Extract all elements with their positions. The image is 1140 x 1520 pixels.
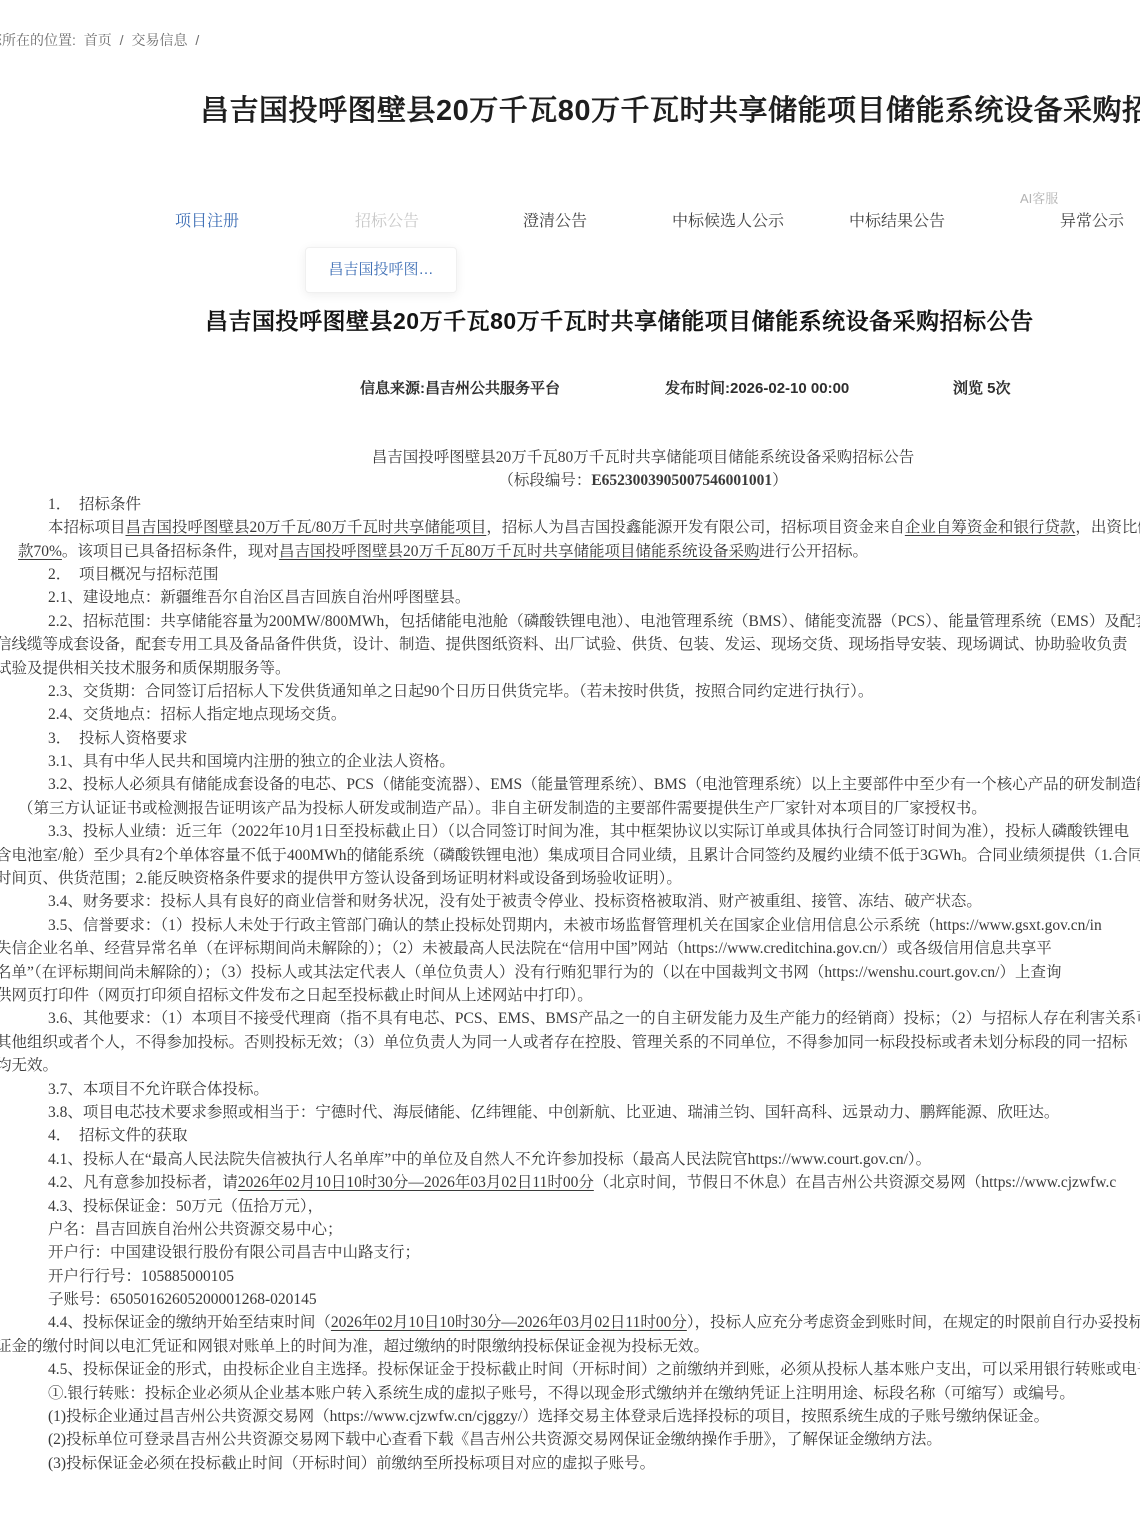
article-line: 2． 项目概况与招标范围 — [0, 563, 1140, 586]
article-line: 3.6、其他要求：（1）本项目不接受代理商（指不具有电芯、PCS、EMS、BMS… — [0, 1007, 1140, 1030]
project-selector-button[interactable]: 昌吉国投呼图… — [305, 247, 457, 293]
text-segment: 4.2、凡有意参加投标者，请 — [48, 1174, 238, 1191]
article-line: (3)投标保证金必须在投标截止时间（开标时间）前缴纳至所投标项目对应的虚拟子账号… — [0, 1452, 1140, 1475]
article-line: 户名：昌吉回族自治州公共资源交易中心； — [0, 1218, 1140, 1241]
meta-publish-time: 发布时间:2026-02-10 00:00 — [665, 377, 849, 398]
text-segment: 时间页、供货范围；2.能反映资格条件要求的提供甲方签认设备到场证明材料或设备到场… — [0, 870, 682, 887]
meta-view-count: 浏览 5次 — [953, 377, 1011, 398]
article-line: 3.4、财务要求：投标人具有良好的商业信誉和财务状况，没有处于被责令停业、投标资… — [0, 890, 1140, 913]
text-segment: 均无效。 — [0, 1057, 58, 1074]
breadcrumb-separator: / — [195, 32, 199, 48]
text-segment: 3.5、信誉要求：（1）投标人未处于行政主管部门确认的禁止投标处罚期内，未被市场… — [48, 917, 1102, 934]
text-segment: （北京时间，节假日不休息）在昌吉州公共资源交易网（https://www.cjz… — [594, 1174, 1116, 1191]
text-segment: 3.1、具有中华人民共和国境内注册的独立的企业法人资格。 — [48, 753, 455, 770]
article-line: (1)投标企业通过昌吉州公共资源交易网（https://www.cjzwfw.c… — [0, 1405, 1140, 1428]
text-segment: 昌吉国投呼图壁县20万千瓦80万千瓦时共享储能项目储能系统设备采购招标公告 — [372, 449, 915, 466]
article-line: 1． 招标条件 — [0, 493, 1140, 516]
tender-announcement-page: 您所在的位置: 首页 / 交易信息 / 昌吉国投呼图壁县20万千瓦80万千瓦时共… — [0, 0, 1140, 1520]
text-segment: 其他组织或者个人，不得参加投标。否则投标无效；（3）单位负责人为同一人或者存在控… — [0, 1034, 1128, 1051]
tab-winning-candidate-publicity[interactable]: 中标候选人公示 — [672, 208, 784, 231]
article-line: （标段编号：E6523003905007546001001） — [0, 469, 1140, 492]
text-segment: (3)投标保证金必须在投标截止时间（开标时间）前缴纳至所投标项目对应的虚拟子账号… — [48, 1455, 655, 1472]
text-segment: ），投标人应充分考虑资金到账时间，在规定的时限前自行办妥投标 — [687, 1314, 1140, 1331]
tab-abnormal-publicity[interactable]: 异常公示 — [1060, 208, 1124, 231]
text-segment: 4.3、投标保证金：50万元（伍拾万元）， — [48, 1198, 323, 1215]
text-segment: 2.2、招标范围：共享储能容量为200MW/800MWh，包括储能电池舱（磷酸铁… — [48, 613, 1140, 630]
article-line: 均无效。 — [0, 1054, 1140, 1077]
article-line: 3.2、投标人必须具有储能成套设备的电芯、PCS（储能变流器）、EMS（能量管理… — [0, 773, 1140, 796]
text-segment: 2.1、建设地点：新疆维吾尔自治区昌吉回族自治州呼图壁县。 — [48, 589, 470, 606]
article-line: 试验及提供相关技术服务和质保期服务等。 — [0, 657, 1140, 680]
text-segment: 含电池室/舱）至少具有2个单体容量不低于400MWh的储能系统（磷酸铁锂电池）集… — [0, 847, 1140, 864]
text-segment: ，出资比例 — [1075, 519, 1140, 536]
text-segment: 户名：昌吉回族自治州公共资源交易中心； — [48, 1221, 343, 1238]
article-line: 信线缆等成套设备，配套专用工具及备品备件供货，设计、制造、提供图纸资料、出厂试验… — [0, 633, 1140, 656]
article-line: 4． 招标文件的获取 — [0, 1124, 1140, 1147]
article-line: （第三方认证证书或检测报告证明该产品为投标人研发或制造产品）。非自主研发制造的主… — [0, 797, 1140, 820]
text-segment: 试验及提供相关技术服务和质保期服务等。 — [0, 660, 291, 677]
article-title: 昌吉国投呼图壁县20万千瓦80万千瓦时共享储能项目储能系统设备采购招标公告 — [205, 303, 1034, 336]
article-line: (2)投标单位可登录昌吉州公共资源交易网下载中心查看下载《昌吉州公共资源交易网保… — [0, 1428, 1140, 1451]
text-segment: （标段编号： — [498, 472, 591, 489]
text-segment: 开户行行号：105885000105 — [48, 1268, 234, 1285]
article-line: 4.5、投标保证金的形式，由投标企业自主选择。投标保证金于投标截止时间（开标时间… — [0, 1358, 1140, 1381]
text-segment: 证金的缴付时间以电汇凭证和网银对账单上的时间为准，超过缴纳的时限缴纳投标保证金视… — [0, 1338, 709, 1355]
text-segment: ，招标人为昌吉国投鑫能源开发有限公司，招标项目资金来自 — [486, 519, 905, 536]
breadcrumb-separator: / — [120, 32, 124, 48]
article-line: 2.3、交货期：合同签订后招标人下发供货通知单之日起90个日历日供货完毕。（若未… — [0, 680, 1140, 703]
article-line: 4.4、投标保证金的缴纳开始至结束时间（2026年02月10日10时30分—20… — [0, 1311, 1140, 1334]
article-line: 款70%。该项目已具备招标条件，现对昌吉国投呼图壁县20万千瓦80万千瓦时共享储… — [0, 540, 1140, 563]
breadcrumb-label: 您所在的位置: — [0, 32, 76, 48]
text-segment: 失信企业名单、经营异常名单（在评标期间尚未解除的）；（2）未被最高人民法院在“信… — [0, 940, 1052, 957]
text-segment: 3.2、投标人必须具有储能成套设备的电芯、PCS（储能变流器）、EMS（能量管理… — [48, 776, 1140, 793]
article-line: 名单”（在评标期间尚未解除的）；（3）投标人或其法定代表人（单位负责人）没有行贿… — [0, 961, 1140, 984]
underlined-text: 2026年02月10日10时30分—2026年03月02日11时00分 — [238, 1174, 594, 1191]
article-line: ①.银行转账：投标企业必须从企业基本账户转入系统生成的虚拟子账号，不得以现金形式… — [0, 1382, 1140, 1405]
tab-clarification-announcement[interactable]: 澄清公告 — [523, 208, 587, 231]
text-segment: 3． 投标人资格要求 — [48, 730, 188, 747]
tab-tender-announcement[interactable]: 招标公告 — [355, 208, 419, 231]
breadcrumb: 您所在的位置: 首页 / 交易信息 / — [0, 30, 203, 50]
text-segment: (2)投标单位可登录昌吉州公共资源交易网下载中心查看下载《昌吉州公共资源交易网保… — [48, 1431, 942, 1448]
article-line: 4.1、投标人在“最高人民法院失信被执行人名单库”中的单位及自然人不允许参加投标… — [0, 1148, 1140, 1171]
text-segment: 开户行：中国建设银行股份有限公司昌吉中山路支行； — [48, 1244, 420, 1261]
text-segment: 4.1、投标人在“最高人民法院失信被执行人名单库”中的单位及自然人不允许参加投标… — [48, 1151, 931, 1168]
text-segment: 本招标项目 — [48, 519, 126, 536]
page-title: 昌吉国投呼图壁县20万千瓦80万千瓦时共享储能项目储能系统设备采购招 — [200, 88, 1140, 129]
breadcrumb-section-link[interactable]: 交易信息 — [131, 32, 187, 48]
text-segment: 子账号：65050162605200001268-020145 — [48, 1291, 317, 1308]
article-line: 子账号：65050162605200001268-020145 — [0, 1288, 1140, 1311]
text-segment: 4.5、投标保证金的形式，由投标企业自主选择。投标保证金于投标截止时间（开标时间… — [48, 1361, 1140, 1378]
underlined-text: 2026年02月10日10时30分—2026年03月02日11时00分 — [331, 1314, 687, 1331]
text-segment: ①.银行转账：投标企业必须从企业基本账户转入系统生成的虚拟子账号，不得以现金形式… — [48, 1385, 1075, 1402]
text-segment: 名单”（在评标期间尚未解除的）；（3）投标人或其法定代表人（单位负责人）没有行贿… — [0, 964, 1061, 981]
text-segment: 进行公开招标。 — [759, 543, 868, 560]
article-line: 3.5、信誉要求：（1）投标人未处于行政主管部门确认的禁止投标处罚期内，未被市场… — [0, 914, 1140, 937]
text-segment: (1)投标企业通过昌吉州公共资源交易网（https://www.cjzwfw.c… — [48, 1408, 1049, 1425]
article-line: 3． 投标人资格要求 — [0, 727, 1140, 750]
article-line: 昌吉国投呼图壁县20万千瓦80万千瓦时共享储能项目储能系统设备采购招标公告 — [0, 446, 1140, 469]
text-segment: 3.3、投标人业绩：近三年（2022年10月1日至投标截止日）（以合同签订时间为… — [48, 823, 1129, 840]
article-line: 2.1、建设地点：新疆维吾尔自治区昌吉回族自治州呼图壁县。 — [0, 586, 1140, 609]
article-line: 供网页打印件（网页打印须自招标文件发布之日起至投标截止时间从上述网站中打印）。 — [0, 984, 1140, 1007]
text-segment: E6523003905007546001001 — [591, 472, 772, 489]
text-segment: 2.3、交货期：合同签订后招标人下发供货通知单之日起90个日历日供货完毕。（若未… — [48, 683, 873, 700]
text-segment: 4.4、投标保证金的缴纳开始至结束时间（ — [48, 1314, 331, 1331]
underlined-text: 昌吉国投呼图壁县20万千瓦/80万千瓦时共享储能项目 — [126, 519, 487, 536]
underlined-text: 款70% — [18, 543, 62, 560]
article-line: 4.3、投标保证金：50万元（伍拾万元）， — [0, 1195, 1140, 1218]
underlined-text: 昌吉国投呼图壁县20万千瓦80万千瓦时共享储能项目储能系统设备采购 — [279, 543, 760, 560]
article-line: 开户行：中国建设银行股份有限公司昌吉中山路支行； — [0, 1241, 1140, 1264]
article-line: 时间页、供货范围；2.能反映资格条件要求的提供甲方签认设备到场证明材料或设备到场… — [0, 867, 1140, 890]
text-segment: 供网页打印件（网页打印须自招标文件发布之日起至投标截止时间从上述网站中打印）。 — [0, 987, 593, 1004]
article-meta: 信息来源:昌吉州公共服务平台 发布时间:2026-02-10 00:00 浏览 … — [0, 377, 1140, 399]
article-line: 3.7、本项目不允许联合体投标。 — [0, 1078, 1140, 1101]
text-segment: 1． 招标条件 — [48, 496, 141, 513]
text-segment: 3.4、财务要求：投标人具有良好的商业信誉和财务状况，没有处于被责令停业、投标资… — [48, 893, 982, 910]
tab-project-registration[interactable]: 项目注册 — [175, 208, 239, 231]
text-segment: 3.7、本项目不允许联合体投标。 — [48, 1081, 269, 1098]
underlined-text: 企业自筹资金和银行贷款 — [905, 519, 1076, 536]
breadcrumb-home-link[interactable]: 首页 — [84, 32, 112, 48]
meta-source: 信息来源:昌吉州公共服务平台 — [360, 377, 560, 398]
article-line: 其他组织或者个人，不得参加投标。否则投标无效；（3）单位负责人为同一人或者存在控… — [0, 1031, 1140, 1054]
text-segment: 2.4、交货地点：招标人指定地点现场交货。 — [48, 706, 346, 723]
text-segment: 3.6、其他要求：（1）本项目不接受代理商（指不具有电芯、PCS、EMS、BMS… — [48, 1010, 1140, 1027]
text-segment: ） — [772, 472, 788, 489]
tab-winning-result-announcement[interactable]: 中标结果公告 — [849, 208, 945, 231]
page-header: 昌吉国投呼图壁县20万千瓦80万千瓦时共享储能项目储能系统设备采购招 招商推介 … — [200, 88, 1140, 129]
article-line: 证金的缴付时间以电汇凭证和网银对账单上的时间为准，超过缴纳的时限缴纳投标保证金视… — [0, 1335, 1140, 1358]
text-segment: 4． 招标文件的获取 — [48, 1127, 188, 1144]
text-segment: （第三方认证证书或检测报告证明该产品为投标人研发或制造产品）。非自主研发制造的主… — [18, 800, 987, 817]
article-body: 昌吉国投呼图壁县20万千瓦80万千瓦时共享储能项目储能系统设备采购招标公告（标段… — [0, 446, 1140, 1475]
article-line: 开户行行号：105885000105 — [0, 1265, 1140, 1288]
article-line: 3.3、投标人业绩：近三年（2022年10月1日至投标截止日）（以合同签订时间为… — [0, 820, 1140, 843]
text-segment: 2． 项目概况与招标范围 — [48, 566, 219, 583]
text-segment: 。该项目已具备招标条件，现对 — [62, 543, 279, 560]
article-line: 失信企业名单、经营异常名单（在评标期间尚未解除的）；（2）未被最高人民法院在“信… — [0, 937, 1140, 960]
article-line: 4.2、凡有意参加投标者，请2026年02月10日10时30分—2026年03月… — [0, 1171, 1140, 1194]
article-line: 2.2、招标范围：共享储能容量为200MW/800MWh，包括储能电池舱（磷酸铁… — [0, 610, 1140, 633]
text-segment: 信线缆等成套设备，配套专用工具及备品备件供货，设计、制造、提供图纸资料、出厂试验… — [0, 636, 1128, 653]
article-line: 3.1、具有中华人民共和国境内注册的独立的企业法人资格。 — [0, 750, 1140, 773]
text-segment: 3.8、项目电芯技术要求参照或相当于：宁德时代、海辰储能、亿纬锂能、中创新航、比… — [48, 1104, 1059, 1121]
article-line: 3.8、项目电芯技术要求参照或相当于：宁德时代、海辰储能、亿纬锂能、中创新航、比… — [0, 1101, 1140, 1124]
article-line: 本招标项目昌吉国投呼图壁县20万千瓦/80万千瓦时共享储能项目，招标人为昌吉国投… — [0, 516, 1140, 539]
article-line: 含电池室/舱）至少具有2个单体容量不低于400MWh的储能系统（磷酸铁锂电池）集… — [0, 844, 1140, 867]
article-line: 2.4、交货地点：招标人指定地点现场交货。 — [0, 703, 1140, 726]
ai-service-button[interactable]: AI客服 — [1020, 188, 1058, 207]
